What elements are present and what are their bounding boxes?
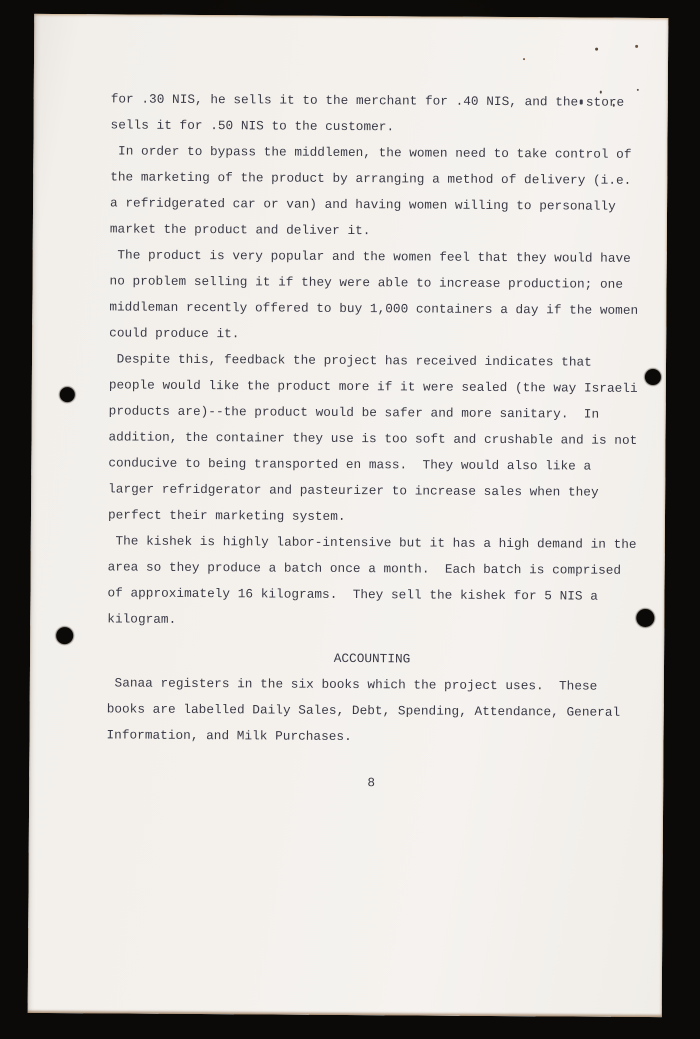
text-line: kilogram. <box>107 606 637 636</box>
text-line: Information, and Milk Purchases. <box>106 722 636 752</box>
text-line: of approximately 16 kilograms. They sell… <box>107 580 637 610</box>
punch-hole <box>636 609 654 627</box>
text-line: In order to bypass the middlemen, the wo… <box>110 138 640 168</box>
text-line: middleman recently offered to buy 1,000 … <box>109 294 639 324</box>
paper-speck <box>613 104 615 107</box>
paper-speck <box>595 48 598 51</box>
text-line: the marketing of the product by arrangin… <box>110 164 640 194</box>
text-line: The product is very popular and the wome… <box>110 242 640 272</box>
text-line: addition, the container they use is too … <box>108 424 638 454</box>
punch-hole <box>56 627 73 644</box>
punch-hole <box>645 369 661 385</box>
text-line: a refridgerated car or van) and having w… <box>110 190 640 220</box>
scan-background: for .30 NIS, he sells it to the merchant… <box>0 0 700 1039</box>
typewritten-text-block: for .30 NIS, he sells it to the merchant… <box>106 86 641 797</box>
text-line: perfect their marketing system. <box>108 502 638 532</box>
section-heading-accounting: ACCOUNTING <box>107 644 637 674</box>
text-line: area so they produce a batch once a mont… <box>108 554 638 584</box>
punch-hole <box>60 387 75 402</box>
page-number: 8 <box>106 768 636 798</box>
text-line: for .30 NIS, he sells it to the merchant… <box>111 86 641 116</box>
paper-speck <box>523 58 525 60</box>
text-line: Sanaa registers in the six books which t… <box>107 670 637 700</box>
text-line: Despite this, feedback the project has r… <box>109 346 639 376</box>
document-page: for .30 NIS, he sells it to the merchant… <box>28 14 669 1017</box>
paper-speck <box>637 89 639 91</box>
paper-speck <box>635 45 638 48</box>
text-line: market the product and deliver it. <box>110 216 640 246</box>
paper-speck <box>580 100 583 105</box>
text-line: no problem selling it if they were able … <box>109 268 639 298</box>
text-line: conducive to being transported en mass. … <box>108 450 638 480</box>
text-line: people would like the product more if it… <box>109 372 639 402</box>
text-line: The kishek is highly labor-intensive but… <box>108 528 638 558</box>
text-line: larger refridgerator and pasteurizer to … <box>108 476 638 506</box>
text-line: could produce it. <box>109 320 639 350</box>
text-line: books are labelled Daily Sales, Debt, Sp… <box>107 696 637 726</box>
text-line: sells it for .50 NIS to the customer. <box>110 112 640 142</box>
paper-speck <box>600 91 602 94</box>
text-line: products are)--the product would be safe… <box>109 398 639 428</box>
